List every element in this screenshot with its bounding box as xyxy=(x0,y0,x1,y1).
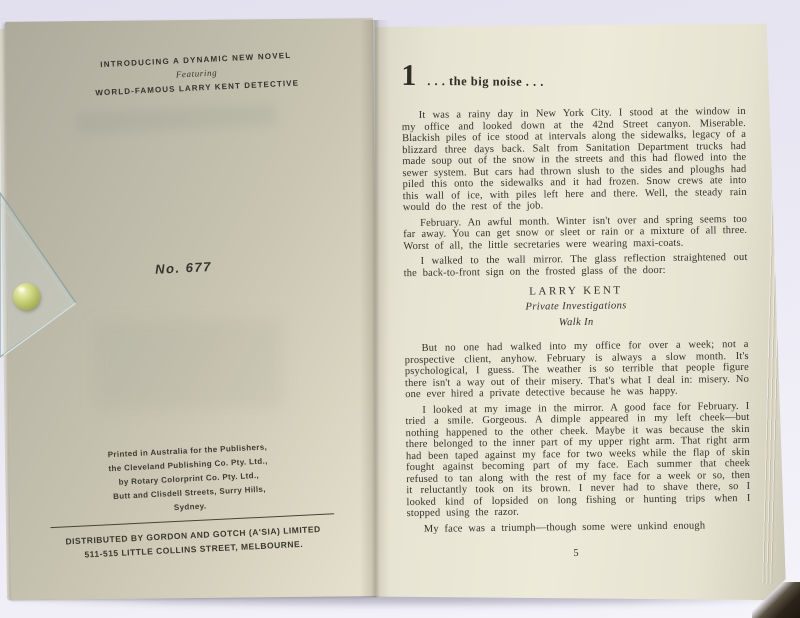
issue-number: No. 677 xyxy=(6,252,361,284)
door-sign: LARRY KENT Private Investigations Walk I… xyxy=(404,281,749,333)
page-number: 5 xyxy=(404,546,748,561)
chapter-title: . . . the big noise . . . xyxy=(427,74,544,89)
right-page: 1. . . the big noise . . . It was a rain… xyxy=(375,20,789,600)
door-sign-walk-in: Walk In xyxy=(404,313,748,333)
paragraph: My face was a triumph—though some were u… xyxy=(407,519,751,535)
paragraph: But no one had walked into my office for… xyxy=(405,339,750,401)
paragraph: It was a rainy day in New York City. I s… xyxy=(402,106,747,214)
page-stack-fore-edge xyxy=(762,30,788,584)
promo-header: INTRODUCING A DYNAMIC NEW NOVEL Featurin… xyxy=(26,47,367,101)
book-photo-scene: INTRODUCING A DYNAMIC NEW NOVEL Featurin… xyxy=(0,0,800,618)
body-text: It was a rainy day in New York City. I s… xyxy=(402,106,751,535)
paragraph: I looked at my image in the mirror. A go… xyxy=(405,400,750,519)
book-gutter-shadow xyxy=(360,20,390,597)
paragraph: I walked to the wall mirror. The glass r… xyxy=(403,252,747,279)
right-page-content: 1. . . the big noise . . . It was a rain… xyxy=(401,58,751,539)
printer-imprint: Printed in Australia for the Publishers,… xyxy=(15,436,363,523)
paragraph: February. An awful month. Winter isn't o… xyxy=(403,213,747,252)
glass-pebble-object xyxy=(13,283,40,310)
chapter-heading: 1. . . the big noise . . . xyxy=(401,59,745,95)
left-page: INTRODUCING A DYNAMIC NEW NOVEL Featurin… xyxy=(5,18,379,600)
left-page-content: INTRODUCING A DYNAMIC NEW NOVEL Featurin… xyxy=(0,11,390,606)
chapter-number: 1 xyxy=(401,59,417,92)
